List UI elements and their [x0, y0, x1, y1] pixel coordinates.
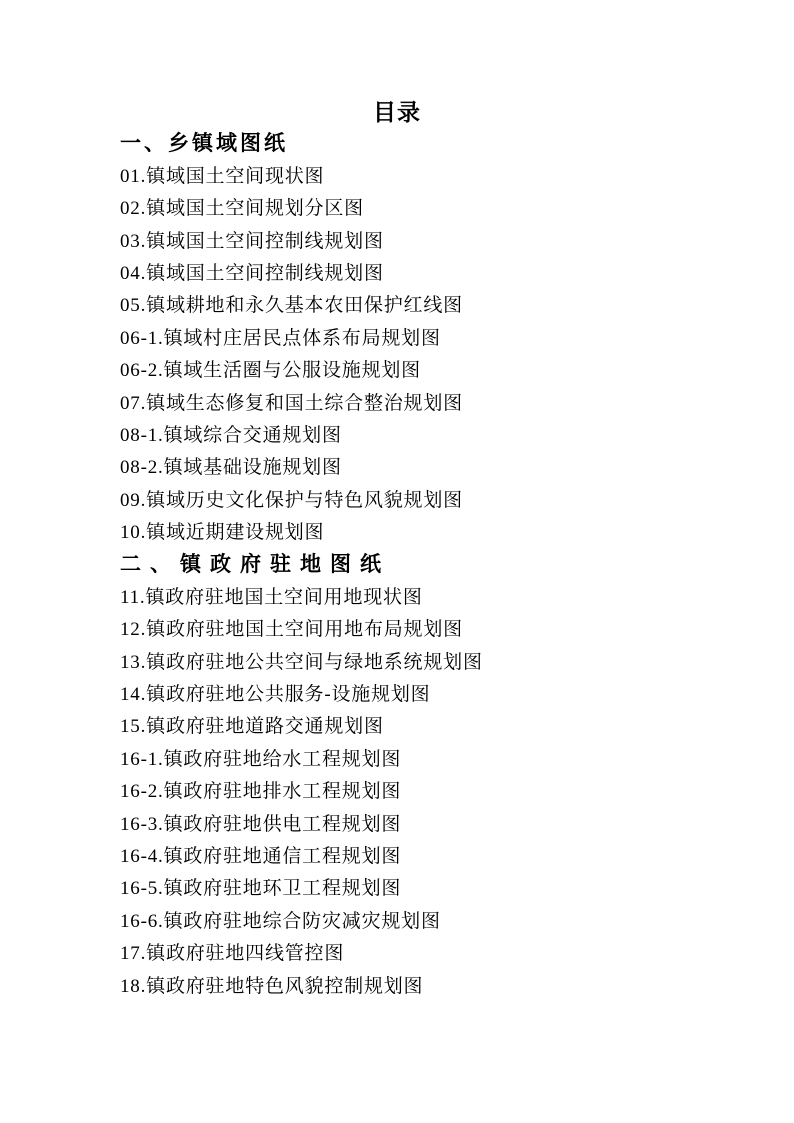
toc-item-11: 11.镇政府驻地国土空间用地现状图 [120, 582, 674, 614]
section-heading-government-seat: 二、镇政府驻地图纸 [120, 549, 674, 581]
section-heading-town-area: 一、乡镇域图纸 [120, 128, 674, 160]
toc-item-16-6: 16-6.镇政府驻地综合防灾减灾规划图 [120, 906, 674, 938]
toc-item-16-2: 16-2.镇政府驻地排水工程规划图 [120, 776, 674, 808]
toc-item-14: 14.镇政府驻地公共服务-设施规划图 [120, 679, 674, 711]
toc-item-08-1: 08-1.镇域综合交通规划图 [120, 420, 674, 452]
toc-item-02: 02.镇域国土空间规划分区图 [120, 193, 674, 225]
toc-item-07: 07.镇域生态修复和国土综合整治规划图 [120, 388, 674, 420]
toc-item-16-5: 16-5.镇政府驻地环卫工程规划图 [120, 873, 674, 905]
toc-item-01: 01.镇域国土空间现状图 [120, 161, 674, 193]
toc-item-06-1: 06-1.镇域村庄居民点体系布局规划图 [120, 323, 674, 355]
toc-item-17: 17.镇政府驻地四线管控图 [120, 938, 674, 970]
toc-item-10: 10.镇域近期建设规划图 [120, 517, 674, 549]
document-page: 目录 一、乡镇域图纸 01.镇域国土空间现状图 02.镇域国土空间规划分区图 0… [0, 0, 794, 1123]
toc-item-16-4: 16-4.镇政府驻地通信工程规划图 [120, 841, 674, 873]
toc-item-18: 18.镇政府驻地特色风貌控制规划图 [120, 971, 674, 1003]
toc-item-13: 13.镇政府驻地公共空间与绿地系统规划图 [120, 647, 674, 679]
toc-item-03: 03.镇域国土空间控制线规划图 [120, 226, 674, 258]
toc-item-16-1: 16-1.镇政府驻地给水工程规划图 [120, 744, 674, 776]
toc-item-09: 09.镇域历史文化保护与特色风貌规划图 [120, 485, 674, 517]
toc-item-06-2: 06-2.镇域生活圈与公服设施规划图 [120, 355, 674, 387]
toc-item-15: 15.镇政府驻地道路交通规划图 [120, 711, 674, 743]
toc-item-08-2: 08-2.镇域基础设施规划图 [120, 452, 674, 484]
page-title: 目录 [120, 96, 674, 128]
toc-item-05: 05.镇域耕地和永久基本农田保护红线图 [120, 290, 674, 322]
toc-item-12: 12.镇政府驻地国土空间用地布局规划图 [120, 614, 674, 646]
toc-item-16-3: 16-3.镇政府驻地供电工程规划图 [120, 809, 674, 841]
toc-item-04: 04.镇域国土空间控制线规划图 [120, 258, 674, 290]
